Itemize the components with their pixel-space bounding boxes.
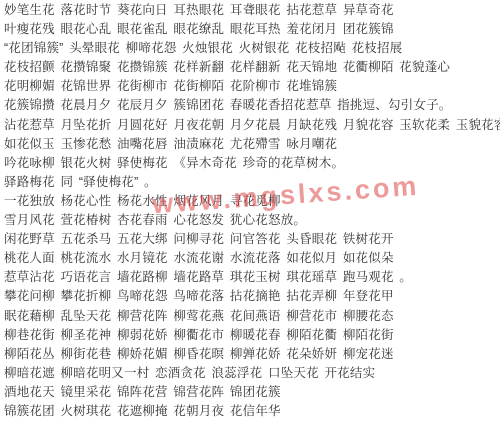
phrase-line: 闲花野草 五花杀马 五花大绑 问柳寻花 问官答花 头昏眼花 铁树花开 [4,230,500,249]
phrase-line: 沾花惹草 月坠花折 月圆花好 月夜花朝 月夕花晨 月缺花残 月貌花容 玉软花柔 … [4,116,500,135]
phrase-line: 驿路梅花 同 “驿使梅花” 。 [4,173,500,192]
idiom-list: 妙笔生花 落花时节 葵花向日 耳热眼花 耳聋眼花 拈花惹草 异草奇花叶瘦花残 眼… [4,1,500,421]
phrase-line: 妙笔生花 落花时节 葵花向日 耳热眼花 耳聋眼花 拈花惹草 异草奇花 [4,1,500,20]
phrase-line: 吟花咏柳 银花火树 驿使梅花 《异木奇花 珍奇的花草树木。 [4,154,500,173]
phrase-line: 酒地花天 镜里采花 锦阵花营 锦营花阵 锦团花簇 [4,383,500,402]
phrase-line: 眠花藉柳 乱坠天花 柳营花阵 柳莺花燕 花间燕语 柳营花市 柳腰花态 [4,307,500,326]
phrase-line: “花团锦簇” 头晕眼花 柳啼花怨 火烛银花 火树银花 花枝招飐 花枝招展 [4,39,500,58]
document-page: 妙笔生花 落花时节 葵花向日 耳热眼花 耳聋眼花 拈花惹草 异草奇花叶瘦花残 眼… [0,0,500,421]
phrase-line: 如花似玉 玉惨花愁 油嘴花唇 油渍麻花 尤花殢雪 咏月嘲花 [4,135,500,154]
phrase-line: 桃花人面 桃花流水 水月镜花 水流花谢 水流花落 如花似月 如花似朵 [4,249,500,268]
phrase-line: 花明柳媚 花锦世界 花街柳市 花街柳陌 花阶柳市 花堆锦簇 [4,77,500,96]
phrase-line: 柳暗花遮 柳暗花明又一村 恋酒贪花 浪蕊浮花 口坠天花 开花结实 [4,364,500,383]
phrase-line: 雪月风花 萱花椿树 杏花春雨 心花怒发 犹心花怒放。 [4,211,500,230]
phrase-line: 锦簇花团 火树琪花 花遮柳掩 花朝月夜 花信年华 [4,402,500,421]
phrase-line: 攀花问柳 攀花折柳 鸟啼花怨 鸟啼花落 拈花摘艳 拈花弄柳 年登花甲 [4,287,500,306]
phrase-line: 柳巷花街 柳圣花神 柳弱花娇 柳衢花市 柳暖花春 柳陌花衢 柳陌花街 [4,326,500,345]
phrase-line: 花枝招颤 花攒锦聚 花攒锦簇 花样新翻 花样翻新 花天锦地 花衢柳陌 花貌蓬心 [4,58,500,77]
phrase-line: 柳陌花丛 柳街花巷 柳娇花媚 柳昏花暝 柳亸花娇 花朵娇妍 柳宠花迷 [4,345,500,364]
phrase-line: 一花独放 杨花心性 杨花水性 烟花风月 寻花觅柳 [4,192,500,211]
phrase-line: 叶瘦花残 眼花心乱 眼花雀乱 眼花缭乱 眼花耳热 羞花闭月 团花簇锦 [4,20,500,39]
phrase-line: 花簇锦攒 花晨月夕 花辰月夕 簇锦团花 春暖花香招花惹草 指挑逗、勾引女子。 [4,96,500,115]
phrase-line: 惹草沾花 巧语花言 墙花路柳 墙花路草 琪花玉树 琪花瑶草 跑马观花 。 [4,268,500,287]
